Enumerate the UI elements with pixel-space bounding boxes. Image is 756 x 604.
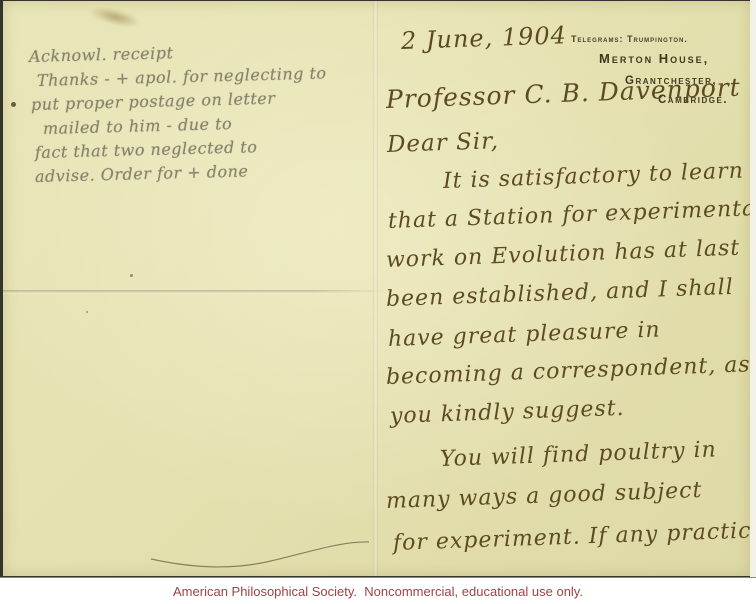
letter-body-line: been established, and I shall xyxy=(386,275,735,312)
scan-edge-strip xyxy=(750,0,756,578)
letter-body-line: many ways a good subject xyxy=(386,478,703,514)
letter-body-line: You will find poultry in xyxy=(440,437,718,472)
letter-body-line: that a Station for experimental xyxy=(388,196,756,234)
letter-body-line: work on Evolution has at last xyxy=(386,236,741,273)
letter-scan-image: Acknowl. receipt Thanks - + apol. for ne… xyxy=(0,0,756,578)
paper-speck xyxy=(130,274,133,277)
letter-body-line: It is satisfactory to learn xyxy=(443,159,745,194)
letter-body-line: you kindly suggest. xyxy=(390,396,625,429)
credit-caption-bar: American Philosophical Society. Noncomme… xyxy=(0,577,756,604)
letterhead-telegrams: Telegrams: Trumpington. xyxy=(571,34,688,44)
letter-salutation: Dear Sir, xyxy=(387,128,500,158)
screenshot-root: Acknowl. receipt Thanks - + apol. for ne… xyxy=(0,0,756,604)
letter-body-line: becoming a correspondent, as xyxy=(386,352,751,390)
paper-speck xyxy=(86,311,88,313)
letterhead-house: Merton House, xyxy=(599,51,709,66)
horizontal-fold-crease xyxy=(3,290,388,294)
pencil-annotation: Acknowl. receipt Thanks - + apol. for ne… xyxy=(29,45,327,189)
paper-stain xyxy=(88,3,142,31)
vertical-fold-crease xyxy=(373,1,378,576)
paper-speck xyxy=(11,102,16,107)
letter-body-line: for experiment. If any practical xyxy=(393,518,756,556)
letter-date: 2 June, 1904 xyxy=(401,21,568,55)
letter-addressee: Professor C. B. Davenport xyxy=(385,73,741,114)
letter-body-line: have great pleasure in xyxy=(388,317,661,352)
credit-caption-text: American Philosophical Society. Noncomme… xyxy=(173,584,583,599)
letter-paper: Acknowl. receipt Thanks - + apol. for ne… xyxy=(3,1,750,576)
